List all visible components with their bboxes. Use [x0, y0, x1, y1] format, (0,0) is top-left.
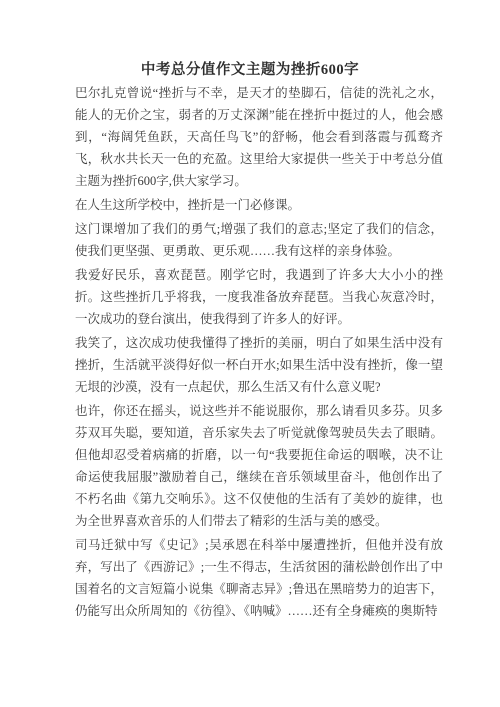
essay-paragraph: 也许，你还在摇头，说这些并不能说服你，那么请看贝多芬。贝多芬双耳失聪，要知道，音… — [75, 400, 443, 532]
essay-paragraph: 这门课增加了我们的勇气;增强了我们的意志;坚定了我们的信念，使我们更坚强、更勇敢… — [75, 218, 443, 262]
essay-paragraph: 在人生这所学校中，挫折是一门必修课。 — [75, 194, 443, 216]
essay-title: 中考总分值作文主题为挫折600字 — [0, 0, 500, 79]
essay-page: 中考总分值作文主题为挫折600字 巴尔扎克曾说“挫折与不幸，是天才的垫脚石，信徒… — [0, 0, 500, 707]
essay-paragraph: 我笑了，这次成功使我懂得了挫折的美丽，明白了如果生活中没有挫折，生活就平淡得好似… — [75, 332, 443, 398]
essay-body: 巴尔扎克曾说“挫折与不幸，是天才的垫脚石，信徒的洗礼之水，能人的无价之宝，弱者的… — [75, 82, 443, 624]
essay-paragraph: 巴尔扎克曾说“挫折与不幸，是天才的垫脚石，信徒的洗礼之水，能人的无价之宝，弱者的… — [75, 82, 443, 192]
essay-paragraph: 我爱好民乐，喜欢琵琶。刚学它时，我遇到了许多大大小小的挫折。这些挫折几乎将我，一… — [75, 264, 443, 330]
essay-paragraph: 司马迁狱中写《史记》;吴承恩在科举中屡遭挫折，但他并没有放弃，写出了《西游记》;… — [75, 534, 443, 622]
